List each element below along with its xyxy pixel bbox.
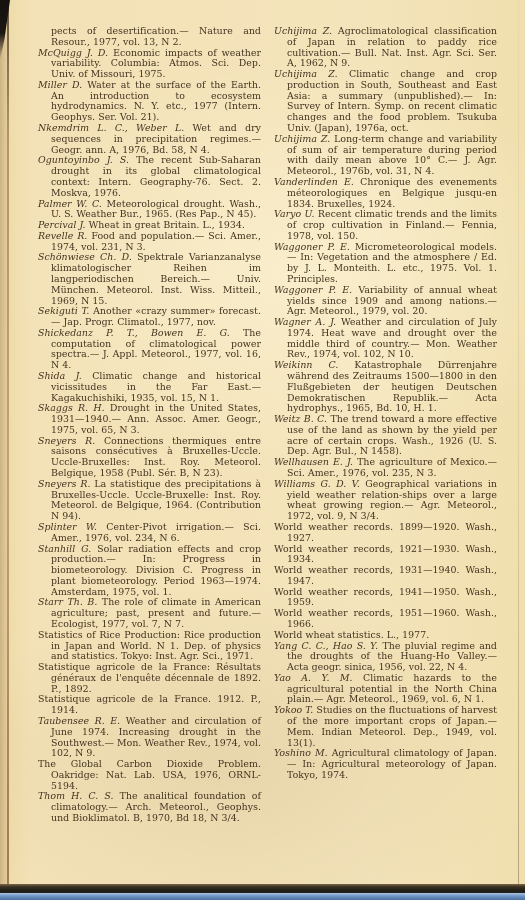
bibliography-entry: Yao A. Y. M. Climatic hazards to the agr… (274, 674, 497, 706)
entry-author: Yang C. C., Hao S. Y. (274, 641, 378, 652)
bibliography-entry: Schönwiese Ch. D. Spektrale Varianzanaly… (38, 253, 261, 307)
entry-text: Water at the surface of the Earth. An in… (51, 80, 261, 123)
bibliography-entry: Starr Th. B. The role of climate in Amer… (38, 598, 261, 630)
bibliography-entry: Waggoner P. E. Variability of annual whe… (274, 286, 497, 318)
bibliography-entry: Varyo U. Recent climatic trends and the … (274, 210, 497, 242)
bibliography-entry: pects of desertification.— Nature and Re… (38, 27, 261, 49)
page-right-edge-line (518, 0, 519, 900)
entry-text: The Global Carbon Dioxide Problem. Oakri… (38, 759, 261, 792)
entry-author: Uchijima Z. (274, 26, 332, 37)
bibliography-entry: World weather records, 1921—1930. Wash.,… (274, 545, 497, 567)
bibliography-entry: Uchijima Z. Long-term change and variabi… (274, 135, 497, 178)
bibliography-entry: McQuigg J. D. Economic impacts of weathe… (38, 49, 261, 81)
bibliography-entry: Thom H. C. S. The analitical foundation … (38, 792, 261, 824)
bibliography-text-area: pects of desertification.— Nature and Re… (38, 27, 497, 825)
bibliography-entry: Sneyers R. La statistique des precipitat… (38, 480, 261, 523)
entry-text: Recent climatic trends and the limits of… (287, 209, 497, 242)
bibliography-entry: Statistics of Rice Production: Rice prod… (38, 631, 261, 663)
entry-author: Shida J. (38, 371, 82, 382)
bibliography-entry: Stanhill G. Solar radiation effects and … (38, 545, 261, 599)
bibliography-entry: Weikinn C. Katastrophale Dürrenjahre wäh… (274, 361, 497, 415)
bibliography-entry: Wagner A. J. Weather and circulation of … (274, 318, 497, 361)
entry-author: Taubensee R. E. (38, 716, 120, 727)
entry-text: World wheat statistics. L., 1977. (274, 630, 429, 641)
bibliography-entry: Sekiguti T. Another «crazy summer» forec… (38, 307, 261, 329)
bibliography-column-left: pects of desertification.— Nature and Re… (38, 27, 261, 825)
entry-author: Uchijima Z. (274, 134, 330, 145)
entry-author: Vanderlinden E. (274, 177, 354, 188)
entry-author: Williams G. D. V. (274, 479, 360, 490)
entry-author: Percival J. (38, 220, 86, 231)
bibliography-entry: Yoshino M. Agricultural climatology of J… (274, 749, 497, 781)
page-gutter-line (7, 0, 9, 900)
page-bottom-edge (0, 884, 525, 893)
entry-author: Yokoo T. (274, 705, 313, 716)
bibliography-entry: Shickedanz P. T., Bowen E. G. The comput… (38, 329, 261, 372)
entry-author: Sekiguti T. (38, 306, 89, 317)
entry-text: Statistics of Rice Production: Rice prod… (38, 630, 261, 663)
bibliography-entry: Skaggs R. H. Drought in the United State… (38, 404, 261, 436)
book-page-scan: pects of desertification.— Nature and Re… (0, 0, 525, 900)
entry-author: McQuigg J. D. (38, 48, 108, 59)
bibliography-entry: Taubensee R. E. Weather and circulation … (38, 717, 261, 760)
bibliography-entry: Shida J. Climatic change and historical … (38, 372, 261, 404)
bibliography-entry: World weather records, 1941—1950. Wash.,… (274, 588, 497, 610)
entry-author: Revelle R. (38, 231, 87, 242)
entry-text: World weather records. 1899—1920. Wash.,… (274, 522, 497, 544)
entry-author: Varyo U. (274, 209, 315, 220)
entry-author: Stanhill G. (38, 544, 91, 555)
entry-author: Wellhausen E. J. (274, 457, 353, 468)
entry-author: Sneyers R. (38, 436, 95, 447)
bibliography-entry: World weather records, 1931—1940. Wash.,… (274, 566, 497, 588)
entry-author: Weitz B. C. (274, 414, 327, 425)
entry-author: Schönwiese Ch. D. (38, 252, 132, 263)
bibliography-entry: The Global Carbon Dioxide Problem. Oakri… (38, 760, 261, 792)
entry-text: Studies on the fluctuations of harvest o… (287, 705, 497, 748)
entry-author: Waggoner P. E. (274, 285, 352, 296)
scan-background-strip (0, 893, 525, 900)
bibliography-entry: Waggoner P. E. Micrometeorological model… (274, 243, 497, 286)
bibliography-entry: Uchijima Z. Climatic change and crop pro… (274, 70, 497, 135)
bibliography-entry: Oguntoyinbo J. S. The recent Sub-Saharan… (38, 156, 261, 199)
entry-author: Weikinn C. (274, 360, 338, 371)
entry-author: Oguntoyinbo J. S. (38, 155, 129, 166)
entry-text: pects of desertification.— Nature and Re… (51, 26, 261, 48)
entry-author: Nkemdrim L. C., Weber L. (38, 123, 184, 134)
entry-text: World weather records, 1931—1940. Wash.,… (274, 565, 497, 587)
entry-text: World weather records, 1951—1960. Wash.,… (274, 608, 497, 630)
entry-author: Miller D. (38, 80, 82, 91)
bibliography-entry: Miller D. Water at the surface of the Ea… (38, 81, 261, 124)
bibliography-entry: Splinter W. Center-Pivot irrigation.— Sc… (38, 523, 261, 545)
bibliography-entry: Nkemdrim L. C., Weber L. Wet and dry seq… (38, 124, 261, 156)
entry-author: Sneyers R. (38, 479, 90, 490)
entry-author: Waggoner P. E. (274, 242, 350, 253)
entry-author: Wagner A. J. (274, 317, 336, 328)
bibliography-entry: Weitz B. C. The trend toward a more effe… (274, 415, 497, 458)
entry-author: Uchijima Z. (274, 69, 338, 80)
entry-author: Starr Th. B. (38, 597, 97, 608)
bibliography-entry: Wellhausen E. J. The agriculture of Mexi… (274, 458, 497, 480)
entry-author: Yao A. Y. M. (274, 673, 353, 684)
bibliography-entry: Palmer W. C. Meteorological drought. Was… (38, 200, 261, 222)
bibliography-entry: Statistique agricole de la France: Résul… (38, 663, 261, 695)
bibliography-entry: Sneyers R. Connections thermiques entre … (38, 437, 261, 480)
entry-text: World weather records, 1941—1950. Wash.,… (274, 587, 497, 609)
bibliography-entry: World weather records. 1899—1920. Wash.,… (274, 523, 497, 545)
entry-author: Shickedanz P. T., Bowen E. G. (38, 328, 230, 339)
entry-text: World weather records, 1921—1930. Wash.,… (274, 544, 497, 566)
entry-author: Palmer W. C. (38, 199, 102, 210)
bibliography-entry: Uchijima Z. Agroclimatological classific… (274, 27, 497, 70)
entry-author: Splinter W. (38, 522, 97, 533)
entry-author: Skaggs R. H. (38, 403, 105, 414)
entry-author: Yoshino M. (274, 748, 328, 759)
bibliography-entry: Yokoo T. Studies on the fluctuations of … (274, 706, 497, 749)
bibliography-entry: Vanderlinden E. Chronique des evenements… (274, 178, 497, 210)
bibliography-entry: Yang C. C., Hao S. Y. The pluvial regime… (274, 642, 497, 674)
entry-author: Thom H. C. S. (38, 791, 114, 802)
bibliography-entry: Revelle R. Food and population.— Sci. Am… (38, 232, 261, 254)
bibliography-column-right: Uchijima Z. Agroclimatological classific… (274, 27, 497, 825)
entry-text: Statistique agricole de la France. 1912.… (38, 694, 261, 716)
bibliography-entry: Statistique agricole de la France. 1912.… (38, 695, 261, 717)
bibliography-entry: Williams G. D. V. Geographical variation… (274, 480, 497, 523)
entry-text: Climatic change and historical vicissitu… (51, 371, 261, 404)
entry-text: Wheat in great Britain. L., 1934. (89, 220, 245, 231)
entry-text: Statistique agricole de la France: Résul… (38, 662, 261, 695)
bibliography-entry: World weather records, 1951—1960. Wash.,… (274, 609, 497, 631)
